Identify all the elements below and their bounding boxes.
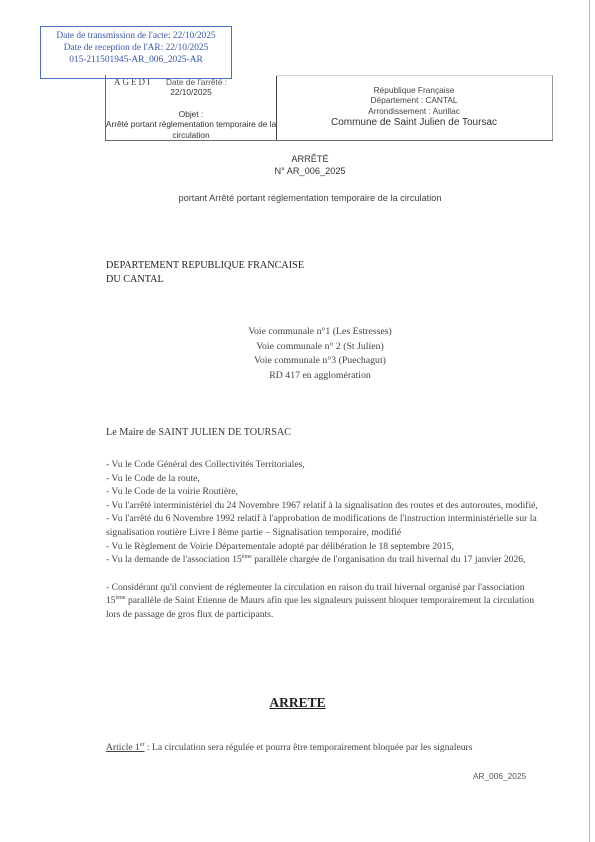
department-line-1: DEPARTEMENT REPUBLIQUE FRANCAISE (106, 259, 304, 273)
transmission-stamp: Date de transmission de l'acte: 22/10/20… (40, 26, 232, 79)
objet-label: Objet : (106, 109, 276, 120)
voie-item: Voie communale n°3 (Puechagut) (200, 354, 440, 369)
voie-item: RD 417 en agglomération (200, 369, 440, 384)
arrete-section-heading: ARRETE (0, 695, 595, 711)
document-page: Date de transmission de l'acte: 22/10/20… (0, 0, 595, 842)
objet-value: Arrêté portant réglementation temporaire… (102, 119, 280, 140)
article-1-text: : La circulation sera régulée et pourra … (145, 742, 473, 753)
visa-item: - Vu le Code de la route, (106, 472, 546, 486)
visa-item-demande: - Vu la demande de l'association 15ème p… (106, 553, 546, 567)
republique-label: République Française (276, 85, 552, 95)
department-line-2: DU CANTAL (106, 273, 304, 287)
visa-item: - Vu l'arrêté du 6 Novembre 1992 relatif… (106, 512, 546, 539)
header-left-cell: AGEDI Date de l'arrêté : 22/10/2025 Obje… (105, 75, 277, 140)
arrete-title: ARRÊTÉ N° AR_006_2025 (150, 153, 470, 177)
page-edge-line (589, 0, 590, 842)
arrete-heading: ARRÊTÉ (150, 153, 470, 165)
article-1: Article 1er : La circulation sera régulé… (106, 742, 556, 753)
considerant-item: - Considérant qu'il convient de réglemen… (106, 581, 546, 622)
stamp-transmission-date: Date de transmission de l'acte: 22/10/20… (41, 30, 231, 42)
visa-item: - Vu l'arrêté interministériel du 24 Nov… (106, 499, 546, 513)
arrondissement-label: Arrondissement : Aurillac (276, 106, 552, 116)
footer-reference: AR_006_2025 (473, 771, 526, 781)
stamp-reception-date: Date de reception de l'AR: 22/10/2025 (41, 42, 231, 54)
article-1-label: Article 1er (106, 742, 145, 753)
header-right-cell: République Française Département : CANTA… (276, 75, 553, 140)
arrete-subtitle: portant Arrêté portant réglementation te… (140, 193, 480, 203)
arrete-number: N° AR_006_2025 (150, 165, 470, 177)
departement-label: Département : CANTAL (276, 95, 552, 105)
visa-item: - Vu le Code Général des Collectivités T… (106, 458, 546, 472)
stamp-reference: 015-211501945-AR_006_2025-AR (41, 54, 231, 66)
commune-label: Commune de Saint Julien de Toursac (276, 116, 552, 129)
department-block: DEPARTEMENT REPUBLIQUE FRANCAISE DU CANT… (106, 259, 304, 287)
date-arrete-value: 22/10/2025 (106, 87, 276, 98)
voies-list: Voie communale n°1 (Les Estresses) Voie … (200, 325, 440, 383)
visa-item: - Vu le Code de la voirie Routière, (106, 485, 546, 499)
visas-list: - Vu le Code Général des Collectivités T… (106, 458, 546, 622)
voie-item: Voie communale n°1 (Les Estresses) (200, 325, 440, 340)
header-table: AGEDI Date de l'arrêté : 22/10/2025 Obje… (105, 75, 553, 141)
maire-line: Le Maire de SAINT JULIEN DE TOURSAC (106, 427, 291, 438)
visa-item: - Vu le Règlement de Voirie Départementa… (106, 540, 546, 554)
voie-item: Voie communale n° 2 (St Julien) (200, 340, 440, 355)
